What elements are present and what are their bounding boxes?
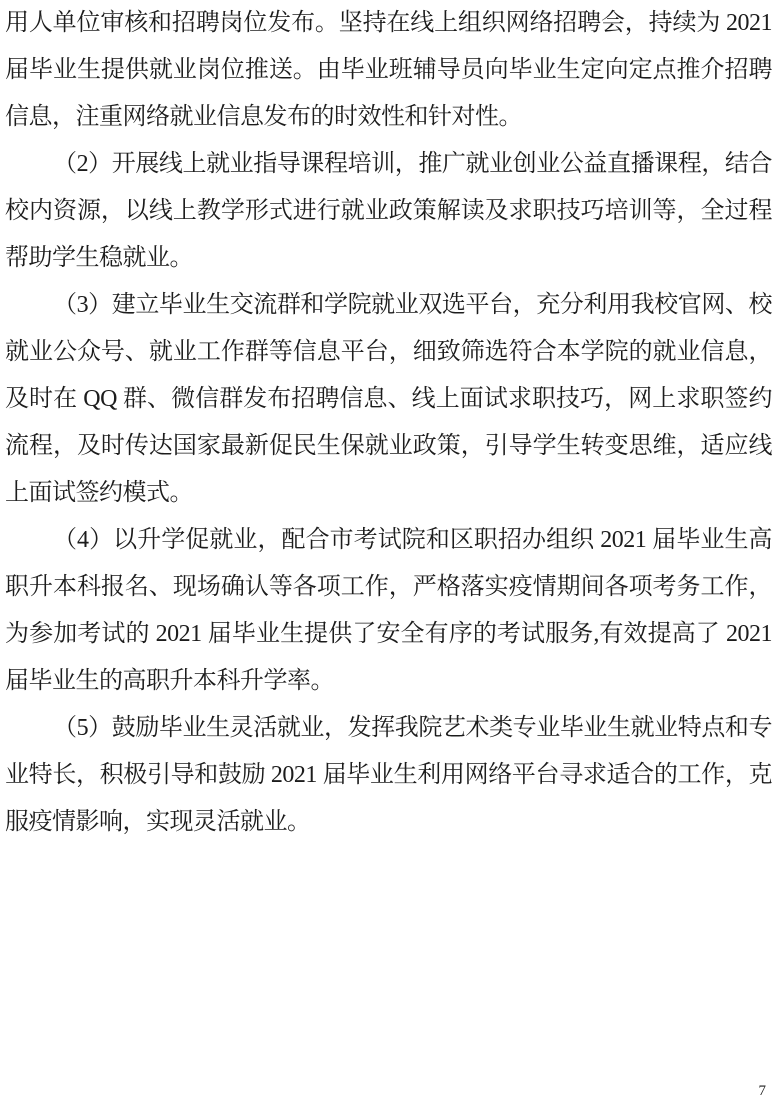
document-page: 用人单位审核和招聘岗位发布。坚持在线上组织网络招聘会，持续为 2021 届毕业生… [0, 0, 779, 1102]
document-body: 用人单位审核和招聘岗位发布。坚持在线上组织网络招聘会，持续为 2021 届毕业生… [5, 0, 772, 846]
paragraph-continuation: 用人单位审核和招聘岗位发布。坚持在线上组织网络招聘会，持续为 2021 届毕业生… [5, 0, 772, 141]
paragraph-item-2: （2）开展线上就业指导课程培训，推广就业创业公益直播课程，结合校内资源，以线上教… [5, 141, 772, 282]
page-number: 7 [759, 1084, 767, 1099]
paragraph-item-3: （3）建立毕业生交流群和学院就业双选平台，充分利用我校官网、校就业公众号、就业工… [5, 282, 772, 517]
paragraph-item-5: （5）鼓励毕业生灵活就业，发挥我院艺术类专业毕业生就业特点和专业特长，积极引导和… [5, 705, 772, 846]
paragraph-item-4: （4）以升学促就业，配合市考试院和区职招办组织 2021 届毕业生高职升本科报名… [5, 517, 772, 705]
